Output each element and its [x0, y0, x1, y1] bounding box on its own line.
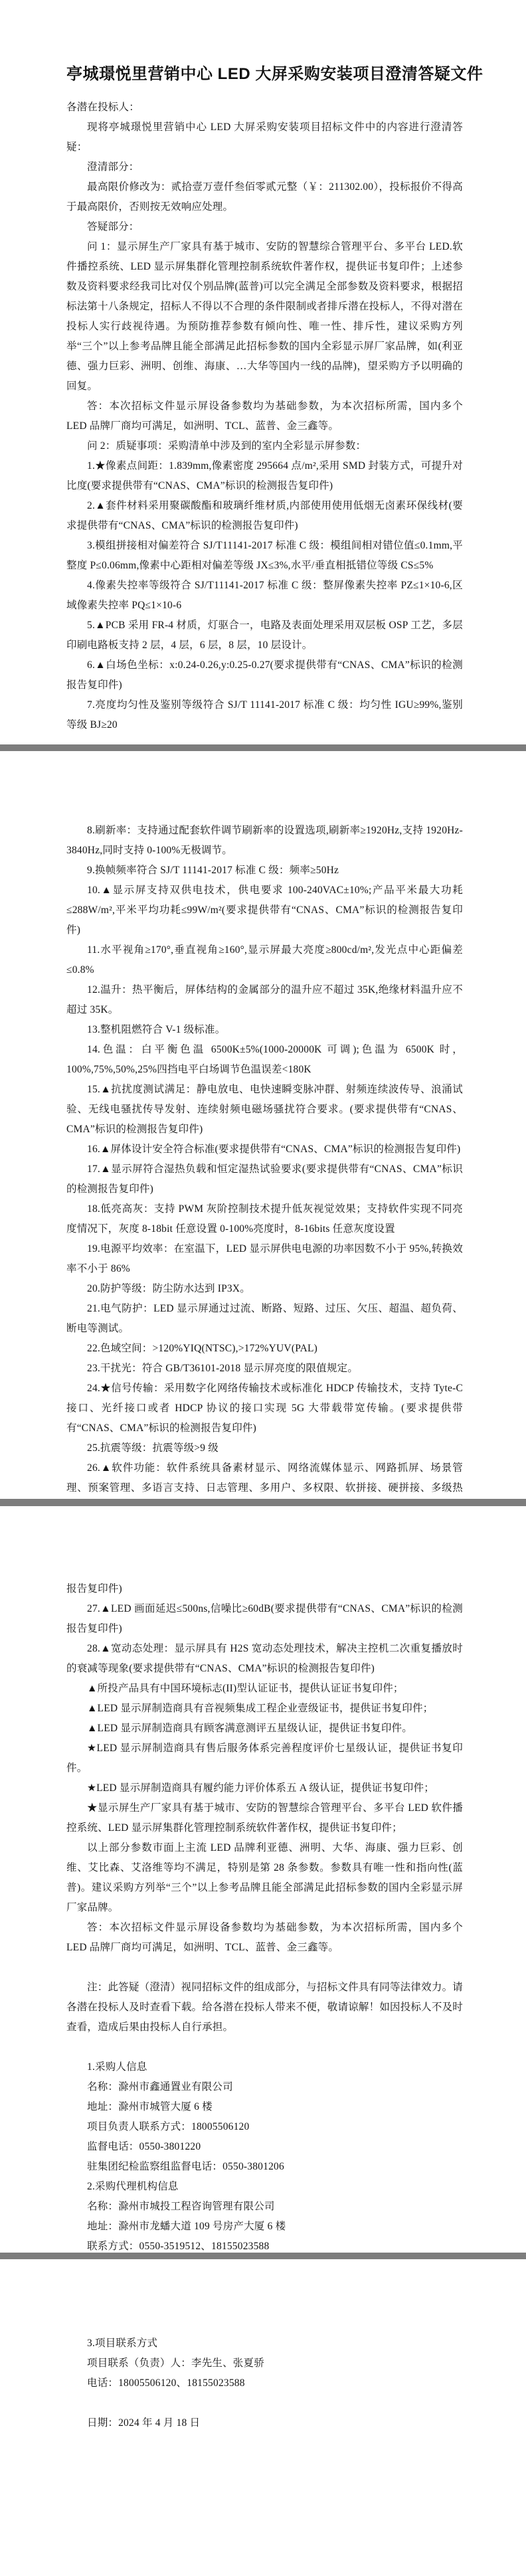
paragraph: 报告复印件)	[66, 1579, 463, 1599]
paragraph: 2.▲套件材料采用聚碳酸酯和玻璃纤维材质,内部使用使用低烟无卤素环保线材(要求提…	[66, 496, 463, 536]
paragraph: 3.模组拼接相对偏差符合 SJ/T11141-2017 标准 C 级：模组间相对…	[66, 536, 463, 576]
paragraph: 答：本次招标文件显示屏设备参数均为基础参数，为本次招标所需，国内多个 LED 品…	[66, 1918, 463, 1958]
paragraph: 现将亭城璟悦里营销中心 LED 大屏采购安装项目招标文件中的内容进行澄清答疑：	[66, 118, 463, 157]
paragraph: 11.水平视角≥170°,垂直视角≥160°,显示屏最大亮度≥800cd/m²,…	[66, 940, 463, 980]
paragraph: 1.采购人信息	[66, 2057, 463, 2077]
paragraph: 13.整机阻燃符合 V-1 级标准。	[66, 1020, 463, 1040]
paragraph: 6.▲白场色坐标：x:0.24-0.26,y:0.25-0.27(要求提供带有“…	[66, 655, 463, 695]
paragraph: 25.抗震等级：抗震等级>9 级	[66, 1438, 463, 1458]
paragraph: 最高限价修改为：贰拾壹万壹仟叁佰零贰元整（￥：211302.00），投标报价不得…	[66, 177, 463, 217]
paragraph: 19.电源平均效率：在室温下，LED 显示屏供电电源的功率因数不小于 95%,转…	[66, 1239, 463, 1279]
paragraph: 10.▲显示屏支持双供电技术，供电要求 100-240VAC±10%;产品平米最…	[66, 881, 463, 940]
paragraph: 项目联系（负责）人：李先生、张夏骄	[66, 2354, 463, 2373]
paragraph: 2.采购代理机构信息	[66, 2177, 463, 2197]
paragraph: 24.★信号传输：采用数字化网络传输技术或标准化 HDCP 传输技术，支持 Ty…	[66, 1379, 463, 1438]
document-title: 亭城璟悦里营销中心 LED 大屏采购安装项目澄清答疑文件	[66, 61, 463, 88]
page-4-content: 3.项目联系方式项目联系（负责）人：李先生、张夏骄电话：18005506120、…	[66, 2334, 463, 2433]
paragraph: 23.干扰光：符合 GB/T36101-2018 显示屏亮度的限值规定。	[66, 1359, 463, 1379]
paragraph: 16.▲屏体设计安全符合标准(要求提供带有“CNAS、CMA”标识的检测报告复印…	[66, 1140, 463, 1159]
paragraph: 监督电话：0550-3801220	[66, 2137, 463, 2157]
paragraph: 1.★像素点间距：1.839mm,像素密度 295664 点/m²,采用 SMD…	[66, 456, 463, 496]
page-2-content: 8.刷新率：支持通过配套软件调节刷新率的设置选项,刷新率≥1920Hz,支持 1…	[66, 821, 463, 1499]
paragraph: 26.▲软件功能：软件系统具备素材显示、网络流媒体显示、网路抓屏、场景管理、预案…	[66, 1458, 463, 1499]
paragraph: ★LED 显示屏制造商具有售后服务体系完善程度评价七星级认证，提供证书复印件。	[66, 1739, 463, 1778]
paragraph: 20.防护等级：防尘防水达到 IP3X。	[66, 1279, 463, 1299]
document-page-2: 8.刷新率：支持通过配套软件调节刷新率的设置选项,刷新率≥1920Hz,支持 1…	[0, 751, 526, 1499]
paragraph: 注：此答疑（澄清）视同招标文件的组成部分，与招标文件具有同等法律效力。请各潜在投…	[66, 1978, 463, 2037]
paragraph: 4.像素失控率等级符合 SJ/T11141-2017 标准 C 级：整屏像素失控…	[66, 576, 463, 616]
page-1-content: 各潜在投标人：现将亭城璟悦里营销中心 LED 大屏采购安装项目招标文件中的内容进…	[66, 98, 463, 735]
document-page-3: 报告复印件)27.▲LED 画面延迟≤500ns,信噪比≥60dB(要求提供带有…	[0, 1506, 526, 2253]
document-page-1: 亭城璟悦里营销中心 LED 大屏采购安装项目澄清答疑文件 各潜在投标人：现将亭城…	[0, 0, 526, 744]
paragraph: ▲LED 显示屏制造商具有音视频集成工程企业壹级证书，提供证书复印件；	[66, 1699, 463, 1719]
paragraph: 答疑部分：	[66, 217, 463, 237]
paragraph: 14.色温：白平衡色温 6500K±5%(1000-20000K 可调);色温为…	[66, 1040, 463, 1080]
paragraph: 21.电气防护：LED 显示屏通过过流、断路、短路、过压、欠压、超温、超负荷、断…	[66, 1299, 463, 1339]
page-separator	[0, 744, 526, 751]
paragraph: 12.温升：热平衡后，屏体结构的金属部分的温升应不超过 35K,绝缘材料温升应不…	[66, 980, 463, 1020]
paragraph: 问 1：显示屏生产厂家具有基于城市、安防的智慧综合管理平台、多平台 LED.软件…	[66, 237, 463, 396]
document-page-4: 3.项目联系方式项目联系（负责）人：李先生、张夏骄电话：18005506120、…	[0, 2259, 526, 2576]
paragraph: 名称：滁州市鑫通置业有限公司	[66, 2077, 463, 2097]
paragraph: 名称：滁州市城投工程咨询管理有限公司	[66, 2197, 463, 2217]
paragraph: 各潜在投标人：	[66, 98, 463, 118]
paragraph: 联系方式：0550-3519512、18155023588	[66, 2237, 463, 2253]
paragraph: 18.低亮高灰：支持 PWM 灰阶控制技术提升低灰视觉效果；支持软件实现不同亮度…	[66, 1199, 463, 1239]
paragraph: ★显示屏生产厂家具有基于城市、安防的智慧综合管理平台、多平台 LED 软件播控系…	[66, 1798, 463, 1838]
paragraph: 澄清部分：	[66, 157, 463, 177]
page-3-content: 报告复印件)27.▲LED 画面延迟≤500ns,信噪比≥60dB(要求提供带有…	[66, 1579, 463, 2253]
paragraph: 电话：18005506120、18155023588	[66, 2373, 463, 2393]
paragraph: ▲所投产品具有中国环境标志(II)型认证证书，提供认证证书复印件；	[66, 1679, 463, 1699]
paragraph: 3.项目联系方式	[66, 2334, 463, 2354]
paragraph: 28.▲宽动态处理：显示屏具有 H2S 宽动态处理技术，解决主控机二次重复播放时…	[66, 1639, 463, 1679]
paragraph: 27.▲LED 画面延迟≤500ns,信噪比≥60dB(要求提供带有“CNAS、…	[66, 1599, 463, 1639]
paragraph: 8.刷新率：支持通过配套软件调节刷新率的设置选项,刷新率≥1920Hz,支持 1…	[66, 821, 463, 861]
paragraph: 日期：2024 年 4 月 18 日	[66, 2413, 463, 2433]
paragraph: 答：本次招标文件显示屏设备参数均为基础参数，为本次招标所需，国内多个 LED 品…	[66, 396, 463, 436]
paragraph: 7.亮度均匀性及鉴别等级符合 SJ/T 11141-2017 标准 C 级：均匀…	[66, 695, 463, 735]
paragraph: 地址：滁州市龙蟠大道 109 号房产大厦 6 楼	[66, 2217, 463, 2237]
paragraph: 17.▲显示屏符合湿热负载和恒定湿热试验要求(要求提供带有“CNAS、CMA”标…	[66, 1159, 463, 1199]
paragraph: 驻集团纪检监察组监督电话：0550-3801206	[66, 2157, 463, 2177]
paragraph: 5.▲PCB 采用 FR-4 材质，灯驱合一，电路及表面处理采用双层板 OSP …	[66, 616, 463, 655]
paragraph: 15.▲抗扰度测试满足：静电放电、电快速瞬变脉冲群、射频连续波传导、浪涌试验、无…	[66, 1080, 463, 1140]
paragraph: 地址：滁州市城管大厦 6 楼	[66, 2097, 463, 2117]
paragraph: ★LED 显示屏制造商具有履约能力评价体系五 A 级认证，提供证书复印件；	[66, 1778, 463, 1798]
document: 亭城璟悦里营销中心 LED 大屏采购安装项目澄清答疑文件 各潜在投标人：现将亭城…	[0, 0, 526, 2576]
paragraph: 以上部分参数市面上主流 LED 品牌利亚德、洲明、大华、海康、强力巨彩、创维、艾…	[66, 1838, 463, 1918]
paragraph: 22.色域空间：>120%YIQ(NTSC),>172%YUV(PAL)	[66, 1339, 463, 1359]
paragraph: 项目负责人联系方式：18005506120	[66, 2117, 463, 2137]
page-separator	[0, 1499, 526, 1506]
paragraph: 问 2：质疑事项：采购清单中涉及到的室内全彩显示屏参数：	[66, 436, 463, 456]
page-separator	[0, 2253, 526, 2259]
paragraph: 9.换帧频率符合 SJ/T 11141-2017 标准 C 级：频率≥50Hz	[66, 861, 463, 881]
paragraph: ▲LED 显示屏制造商具有顾客满意测评五星级认证，提供证书复印件。	[66, 1719, 463, 1739]
